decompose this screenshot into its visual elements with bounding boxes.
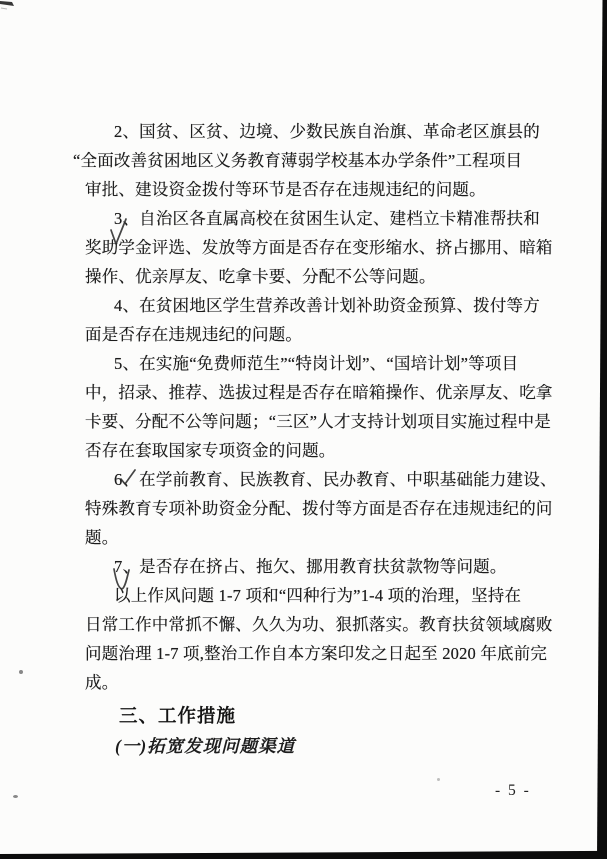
page-number: - 5 - <box>495 782 531 800</box>
document-line: 成。 <box>85 668 563 697</box>
scan-edge-bottom <box>0 850 607 859</box>
document-line: 奖助学金评选、发放等方面是否存在变形缩水、挤占挪用、暗箱 <box>85 233 563 262</box>
document-line: 6、在学前教育、民族教育、民办教育、中职基础能力建设、 <box>85 465 563 494</box>
document-line: 面是否存在违规违纪的问题。 <box>85 320 563 349</box>
document-body: 2、国贫、区贫、边境、少数民族自治旗、革命老区旗县的 “全面改善贫困地区义务教育… <box>85 117 563 762</box>
scan-artifact-corner-icon <box>0 0 20 14</box>
document-line: 特殊教育专项补助资金分配、拨付等方面是否存在违规违纪的问 <box>85 494 563 523</box>
scan-speck <box>19 670 23 674</box>
document-line: 5、在实施“免费师范生”“特岗计划”、“国培计划”等项目 <box>85 349 563 378</box>
document-line: 操作、优亲厚友、吃拿卡要、分配不公等问题。 <box>85 262 563 291</box>
document-line: 审批、建设资金拨付等环节是否存在违规违纪的问题。 <box>85 175 563 204</box>
document-line: 日常工作中常抓不懈、久久为功、狠抓落实。教育扶贫领域腐败 <box>85 610 563 639</box>
document-line: 否存在套取国家专项资金的问题。 <box>85 436 563 465</box>
document-line: 卡要、分配不公等问题；“三区”人才支持计划项目实施过程中是 <box>85 407 563 436</box>
scan-speck <box>160 750 163 752</box>
document-line: 4、在贫困地区学生营养改善计划补助资金预算、拨付等方 <box>85 291 563 320</box>
handwritten-checkmark-item-3-icon <box>107 217 129 247</box>
document-line: 问题治理 1-7 项,整治工作自本方案印发之日起至 2020 年底前完 <box>85 639 563 668</box>
scanned-document-page: 2、国贫、区贫、边境、少数民族自治旗、革命老区旗县的 “全面改善贫困地区义务教育… <box>0 0 607 859</box>
subsection-heading: (一)拓宽发现问题渠道 <box>85 731 563 762</box>
handwritten-checkmark-item-7-icon <box>111 567 133 595</box>
section-heading: 三、工作措施 <box>85 701 563 731</box>
document-line: 以上作风问题 1-7 项和“四种行为”1-4 项的治理，坚持在 <box>85 581 563 610</box>
document-line: 2、国贫、区贫、边境、少数民族自治旗、革命老区旗县的 <box>85 117 563 146</box>
document-line: 3、自治区各直属高校在贫困生认定、建档立卡精准帮扶和 <box>85 204 563 233</box>
document-line: 中，招录、推荐、选拔过程是否存在暗箱操作、优亲厚友、吃拿 <box>85 378 563 407</box>
scan-edge-right <box>597 0 607 859</box>
handwritten-checkmark-item-6-icon <box>120 469 138 487</box>
scan-speck <box>13 795 18 798</box>
document-line: 题。 <box>85 523 563 552</box>
scan-speck <box>437 778 440 781</box>
document-line: “全面改善贫困地区义务教育薄弱学校基本办学条件”工程项目 <box>73 146 563 175</box>
document-line: 7、是否存在挤占、拖欠、挪用教育扶贫款物等问题。 <box>85 552 563 581</box>
